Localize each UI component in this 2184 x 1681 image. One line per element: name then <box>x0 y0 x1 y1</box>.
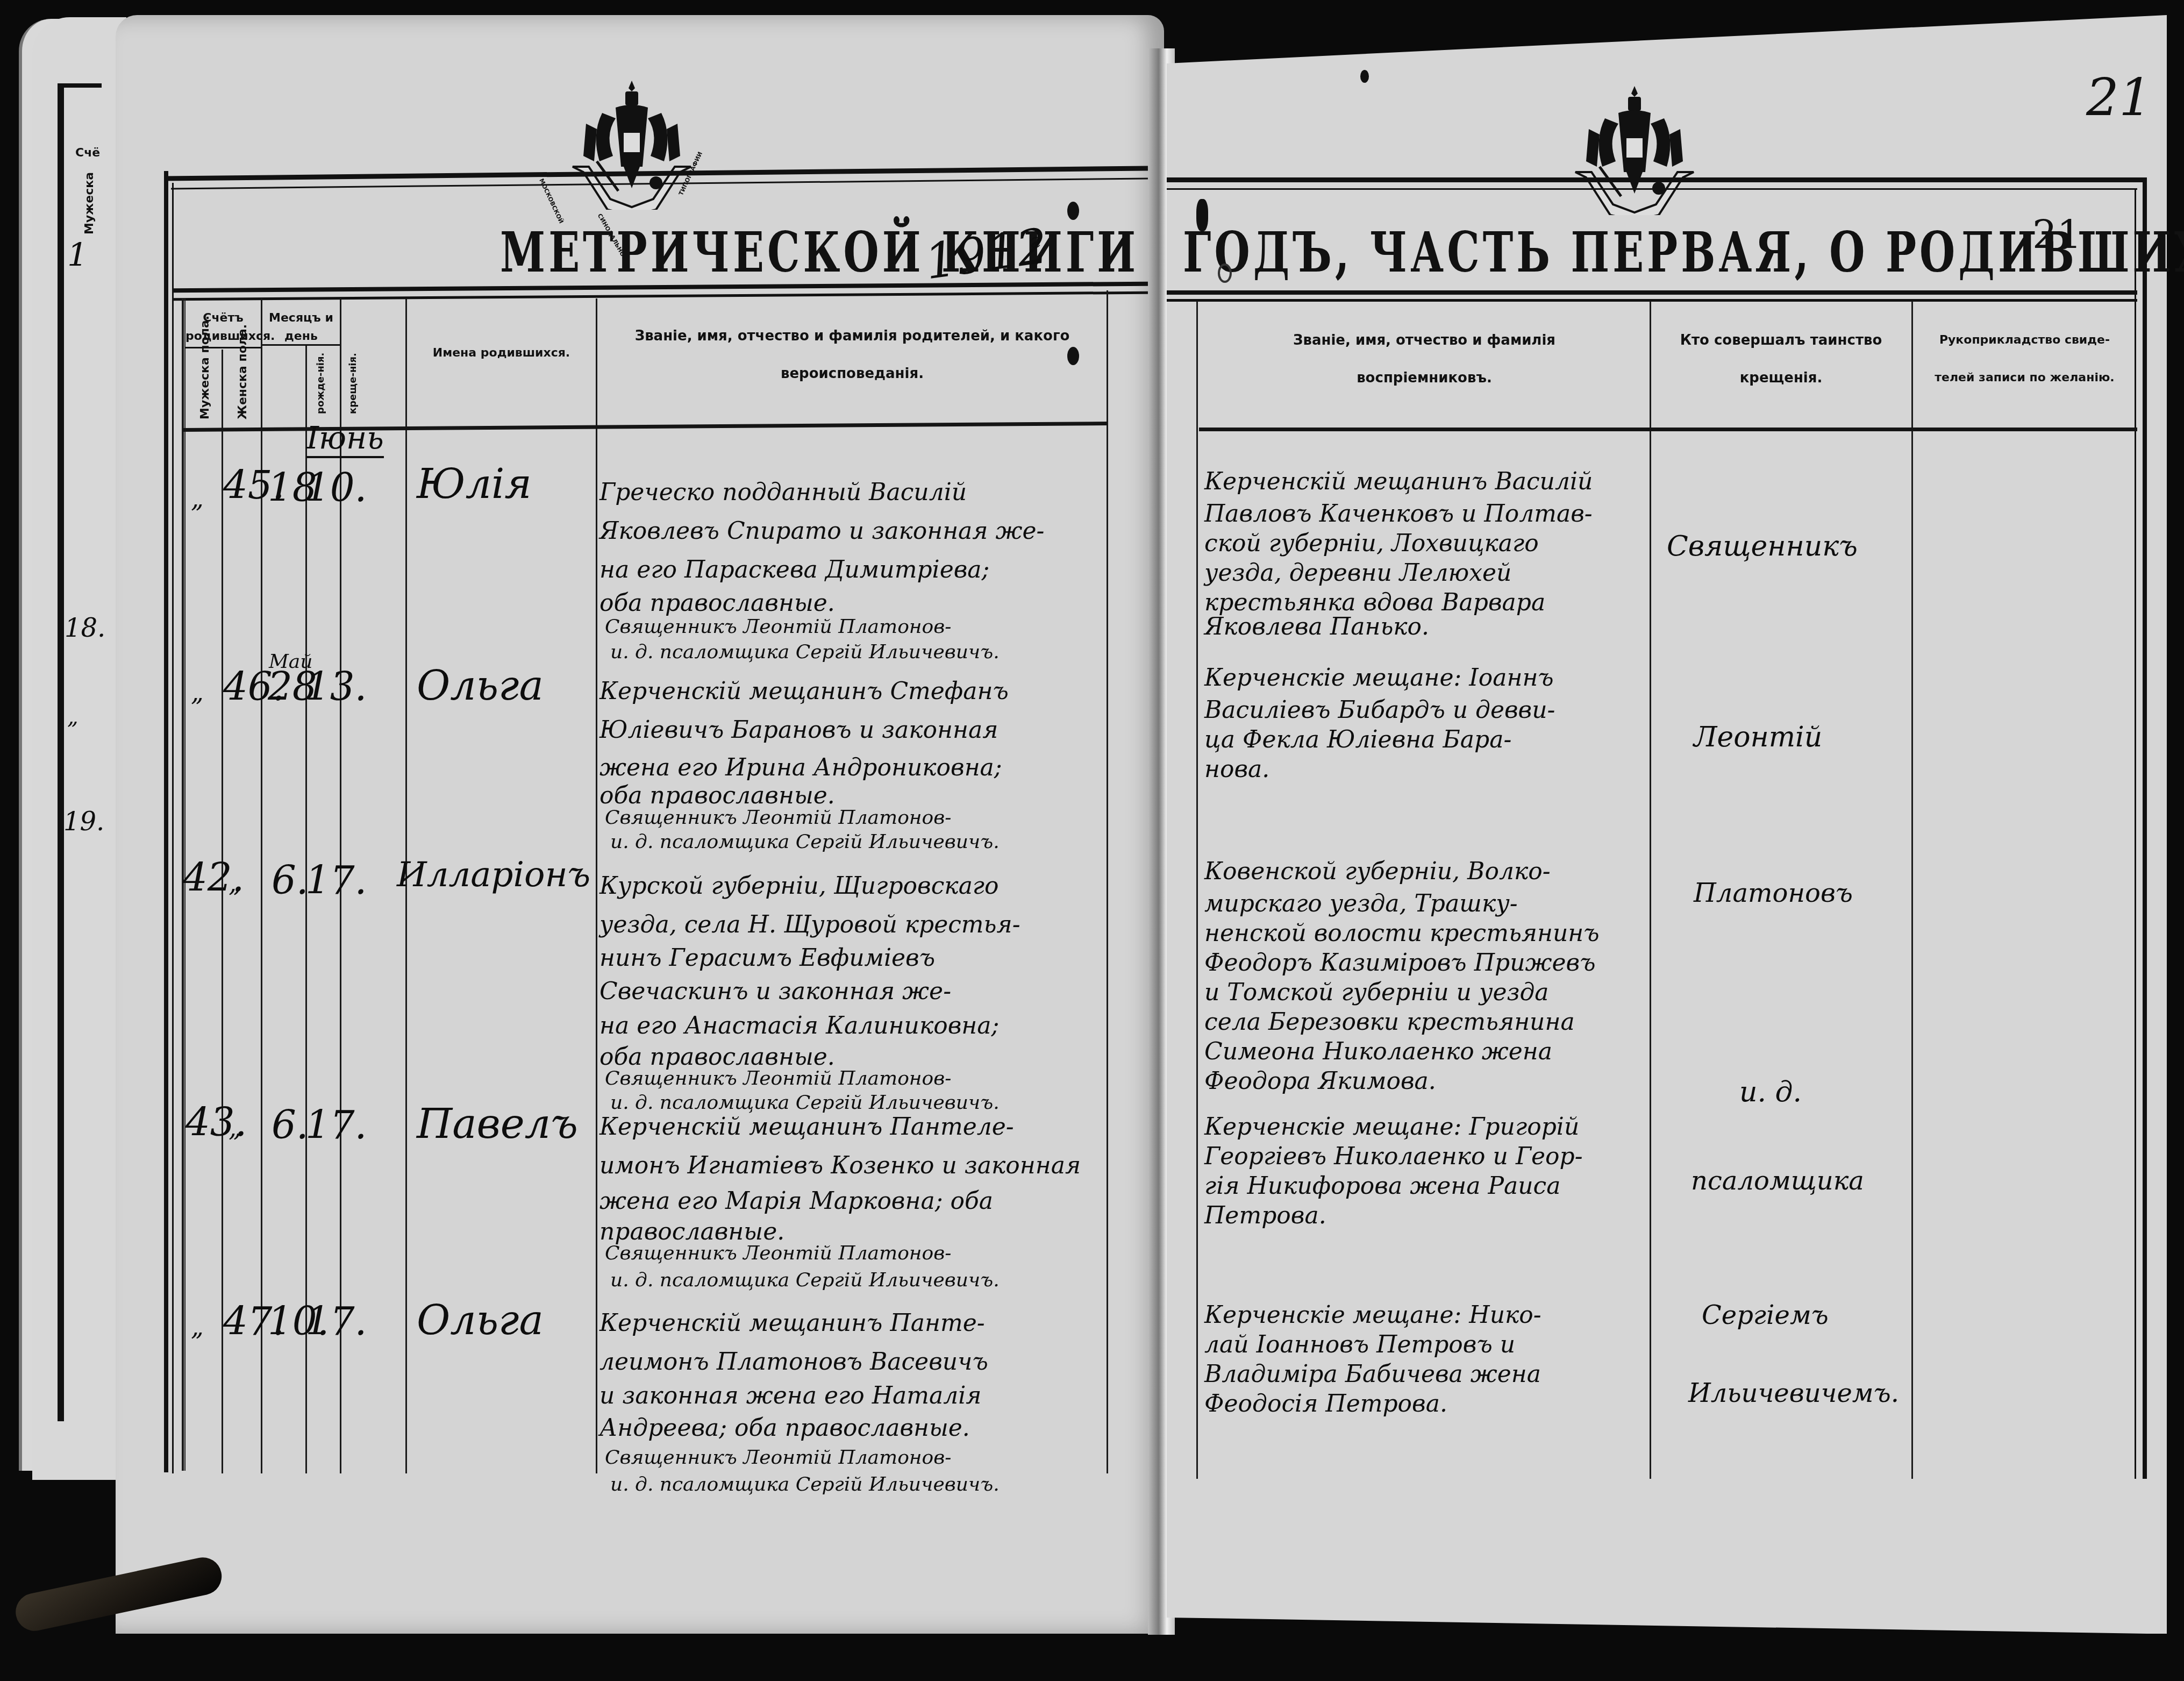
parents-line: Юліевичъ Барановъ и законная <box>599 711 998 750</box>
col-divider <box>1911 301 1913 1479</box>
godparents-line: нова. <box>1204 750 1269 789</box>
officiant: Платоновъ <box>1694 874 1853 913</box>
col-divider <box>1650 301 1651 1479</box>
clergy-signature: и. д. псаломщика Сергій Ильичевичъ. <box>610 1264 1000 1297</box>
child-name: Илларіонъ <box>397 855 590 895</box>
col-header-baptism: креще-нія. <box>347 360 360 414</box>
subheader-rule <box>185 347 261 348</box>
godparents-line: Феодосія Петрова. <box>1204 1385 1447 1423</box>
col-header-month-day: Месяцъ и день <box>263 309 339 346</box>
punch-hole <box>1067 202 1079 220</box>
year-suffix: г <box>1030 229 1040 253</box>
birth-day: 6. <box>272 858 309 903</box>
col-header-names: Имена родившихся. <box>409 344 594 362</box>
col-header-count: Счётъ родившихся. <box>185 309 261 346</box>
col-header-officiant-1: Кто совершалъ таинство <box>1651 322 1911 359</box>
right-frame-right-rule <box>2143 177 2147 1479</box>
previous-page-number: 18. <box>65 613 105 643</box>
godparents-line: Яковлева Панько. <box>1204 608 1429 646</box>
previous-page-number: „ <box>67 704 78 729</box>
child-name: Павелъ <box>417 1100 578 1148</box>
col-header-witness-1: Рукоприкладство свиде- <box>1913 322 2136 359</box>
col-header-parents-1: Званіе, имя, отчество и фамилія родителе… <box>597 317 1108 355</box>
punch-hole <box>1067 347 1079 365</box>
parents-line: Свечаскинъ и законная же- <box>599 972 951 1011</box>
godparents-line: Петрова. <box>1204 1196 1326 1235</box>
previous-page-frame <box>58 83 102 1421</box>
officiant: Ильичевичемъ. <box>1688 1374 1899 1413</box>
male-count: „ <box>191 484 204 513</box>
officiant: Леонтій <box>1694 718 1822 757</box>
officiant: псаломщика <box>1691 1162 1864 1200</box>
parents-line: Яковлевъ Спирато и законная же- <box>599 512 1044 551</box>
child-name: Ольга <box>417 1296 544 1344</box>
right-frame-top-rule <box>1167 177 2145 182</box>
punch-hole <box>1360 70 1369 83</box>
child-name: Ольга <box>417 661 544 709</box>
month-marker: Іюнь <box>306 419 384 458</box>
col-header-birth: рожде-нія. <box>315 360 327 414</box>
parents-line: Греческо подданный Василій <box>599 473 967 512</box>
officiant: Священникъ <box>1667 527 1858 566</box>
clergy-signature: и. д. псаломщика Сергій Ильичевичъ. <box>610 1468 1000 1501</box>
baptism-day: 10. <box>305 465 367 510</box>
parents-line: Керченскій мещанинъ Панте- <box>599 1304 985 1343</box>
printed-page-number: 21 <box>2032 212 2082 258</box>
parents-line: леимонъ Платоновъ Васевичъ <box>599 1343 988 1381</box>
col-divider <box>1196 301 1198 1479</box>
birth-day: 6. <box>272 1102 309 1148</box>
clergy-signature: и. д. псаломщика Сергій Ильичевичъ. <box>610 636 1000 669</box>
baptism-day: 17. <box>305 1299 367 1344</box>
previous-page-header-fragment: Счё <box>75 146 100 160</box>
female-count: „ <box>229 1113 241 1142</box>
header-bottom-rule <box>1199 428 2137 431</box>
male-count: „ <box>191 1312 204 1341</box>
parents-line: Керченскій мещанинъ Стефанъ <box>599 672 1009 711</box>
left-frame-left-rule-thin <box>172 183 174 1473</box>
punch-hole <box>1196 199 1208 231</box>
col-header-witness-2: телей записи по желанію. <box>1913 359 2136 397</box>
double-headed-eagle-icon <box>1573 86 1696 217</box>
parents-line: Керченскій мещанинъ Пантеле- <box>599 1108 1014 1146</box>
baptism-day: 17. <box>305 858 367 903</box>
col-header-godparents-1: Званіе, имя, отчество и фамилія <box>1199 322 1650 359</box>
baptism-day: 17. <box>305 1102 367 1148</box>
right-frame-top-rule-thin <box>1167 188 2137 190</box>
col-header-parents-2: вероисповеданія. <box>597 355 1108 393</box>
parents-line: имонъ Игнатіевъ Козенко и законная <box>599 1146 1081 1185</box>
handwritten-folio-number: 21 <box>2086 67 2152 127</box>
col-header-officiant-2: крещенія. <box>1651 359 1911 397</box>
parents-line: Курской губерніи, Щигровскаго <box>599 867 999 906</box>
child-name: Юлія <box>417 460 532 508</box>
male-count: „ <box>191 678 204 707</box>
header-rule-right <box>1167 290 2137 295</box>
col-header-godparents-2: воспріемниковъ. <box>1199 359 1650 397</box>
godparents-line: Феодора Якимова. <box>1204 1062 1436 1101</box>
previous-page-number: 19. <box>63 807 104 837</box>
col-divider <box>1107 290 1108 1473</box>
col-header-male: Мужеска пола. <box>199 355 212 419</box>
officiant: и. д. <box>1739 1073 1802 1112</box>
punch-hole-ring <box>1218 263 1232 283</box>
previous-page-number: 1 <box>67 237 88 274</box>
female-count: „ <box>229 868 241 898</box>
left-frame-left-rule <box>164 171 168 1472</box>
col-header-female: Женска пола. <box>237 355 249 419</box>
previous-page-column-fragment: Мужеска <box>83 172 96 234</box>
double-headed-eagle-icon <box>570 81 694 212</box>
clergy-signature: и. д. псаломщика Сергій Ильичевичъ. <box>610 825 1000 859</box>
header-rule-right-2 <box>1167 299 2137 302</box>
baptism-day: 13. <box>305 664 367 709</box>
col-divider <box>596 298 597 1473</box>
page-title-left: МЕТРИЧЕСКОЙ КНИГИ НА <box>500 220 1234 284</box>
officiant: Сергіемъ <box>1702 1296 1829 1335</box>
